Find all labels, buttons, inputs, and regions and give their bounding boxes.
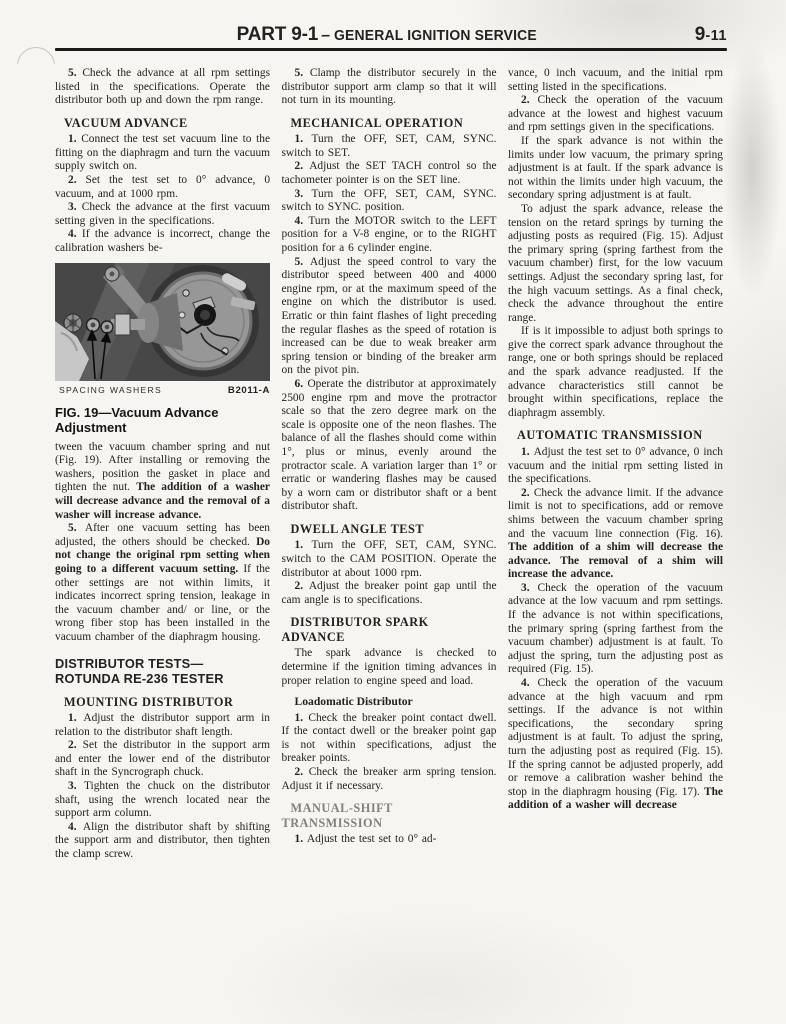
text-run: If the advance is incorrect, change the … — [55, 228, 270, 254]
bold-text-run: 2. — [295, 766, 309, 778]
paragraph: 3. Tighten the chuck on the distributor … — [55, 780, 270, 821]
bold-text-run: 1. — [68, 133, 81, 145]
bold-text-run: 3. — [295, 188, 312, 200]
distributor-photo-illustration — [55, 263, 270, 381]
text-run: Adjust the distributor support arm in re… — [55, 712, 270, 738]
text-run: Clamp the distributor securely in the di… — [282, 67, 497, 106]
text-run: Check the operation of the vacuum advanc… — [508, 677, 723, 798]
paragraph: vance, 0 inch vacuum, and the initial rp… — [508, 67, 723, 94]
section-heading: VACUUM ADVANCE — [55, 116, 270, 131]
text-run: Turn the MOTOR switch to the LEFT positi… — [282, 215, 497, 254]
page-number: 9-11 — [695, 24, 727, 46]
text-run: Check the operation of the vacuum advanc… — [508, 94, 723, 133]
section-heading: AUTOMATIC TRANSMISSION — [508, 428, 723, 443]
text-run: Check the operation of the vacuum advanc… — [508, 582, 723, 676]
bold-text-run: 4. — [295, 215, 309, 227]
figure-19-caption: FIG. 19—Vacuum Advance Adjustment — [55, 405, 270, 436]
bold-text-run: 3. — [521, 582, 538, 594]
paragraph: 1. Connect the test set vacuum line to t… — [55, 133, 270, 174]
paragraph: 2. Set the distributor in the support ar… — [55, 739, 270, 780]
text-run: Align the distributor shaft by shifting … — [55, 821, 270, 860]
paragraph: tween the vacuum chamber spring and nut … — [55, 441, 270, 523]
text-run: Adjust the test set to 0° advance, 0 inc… — [508, 446, 723, 485]
bold-text-run: 4. — [521, 677, 538, 689]
paragraph: 5. Clamp the distributor securely in the… — [282, 67, 497, 108]
paragraph: 1. Turn the OFF, SET, CAM, SYNC. switch … — [282, 539, 497, 580]
text-run: Tighten the chuck on the distributor sha… — [55, 780, 270, 819]
paragraph: 1. Turn the OFF, SET, CAM, SYNC. switch … — [282, 133, 497, 160]
text-run: Check the breaker point contact dwell. I… — [282, 712, 497, 765]
text-columns: 5. Check the advance at all rpm settings… — [55, 67, 723, 862]
bold-text-run: 2. — [521, 94, 538, 106]
bold-text-run: 1. — [295, 833, 307, 845]
text-run: If is it impossible to adjust both sprin… — [508, 325, 723, 419]
bold-text-run: 2. — [295, 580, 309, 592]
text-run: If the spark advance is not within the l… — [508, 135, 723, 201]
figure-19: SPACING WASHERS B2011-A FIG. 19—Vacuum A… — [55, 263, 270, 436]
paragraph: 1. Adjust the test set to 0° ad- — [282, 833, 497, 847]
page-number-major: 9 — [695, 24, 706, 46]
bold-text-run: 1. — [295, 539, 312, 551]
paragraph: 5. Adjust the speed control to vary the … — [282, 256, 497, 378]
bold-text-run: 2. — [68, 739, 83, 751]
paragraph: 1. Check the breaker point contact dwell… — [282, 712, 497, 766]
text-run: Set the distributor in the support arm a… — [55, 739, 270, 778]
bold-text-run: 5. — [68, 67, 82, 79]
text-run: Turn the OFF, SET, CAM, SYNC. switch to … — [282, 188, 497, 214]
text-run: Adjust the speed control to vary the dis… — [282, 256, 497, 377]
scan-arc-artifact — [17, 47, 55, 85]
paragraph: 2. Adjust the SET TACH control so the ta… — [282, 160, 497, 187]
bold-text-run: 1. — [68, 712, 83, 724]
paragraph: 5. Check the advance at all rpm settings… — [55, 67, 270, 108]
section-heading: MECHANICAL OPERATION — [282, 116, 497, 131]
paragraph: 4. Align the distributor shaft by shifti… — [55, 821, 270, 862]
section-heading: DISTRIBUTOR TESTS—ROTUNDA RE-236 TESTER — [55, 656, 270, 687]
paragraph: 4. If the advance is incorrect, change t… — [55, 228, 270, 255]
paragraph: 3. Turn the OFF, SET, CAM, SYNC. switch … — [282, 188, 497, 215]
paragraph: 1. Adjust the distributor support arm in… — [55, 712, 270, 739]
paragraph: 6. Operate the distributor at approximat… — [282, 378, 497, 514]
paragraph: 2. Check the breaker arm spring tension.… — [282, 766, 497, 793]
paragraph: 4. Turn the MOTOR switch to the LEFT pos… — [282, 215, 497, 256]
figure-callout-spacing-washers: SPACING WASHERS — [55, 385, 162, 395]
bold-text-run: 4. — [68, 228, 82, 240]
header-title: GENERAL IGNITION SERVICE — [334, 28, 537, 44]
section-heading: DWELL ANGLE TEST — [282, 522, 497, 537]
bold-text-run: 3. — [68, 780, 84, 792]
paragraph: 2. Adjust the breaker point gap until th… — [282, 580, 497, 607]
paragraph: 5. After one vacuum setting has been adj… — [55, 522, 270, 644]
text-run: Set the test set to 0° advance, 0 vacuum… — [55, 174, 270, 200]
column-center: 5. Clamp the distributor securely in the… — [282, 67, 497, 862]
page-header: PART 9-1 – GENERAL IGNITION SERVICE 9-11 — [55, 24, 727, 46]
text-run: Check the advance limit. If the advance … — [508, 487, 723, 540]
paragraph: If the spark advance is not within the l… — [508, 135, 723, 203]
subsection-heading: Loadomatic Distributor — [282, 695, 497, 709]
paragraph: If is it impossible to adjust both sprin… — [508, 325, 723, 420]
bold-text-run: 2. — [295, 160, 310, 172]
paragraph: 1. Adjust the test set to 0° advance, 0 … — [508, 446, 723, 487]
section-heading: MOUNTING DISTRIBUTOR — [55, 695, 270, 710]
figure-caption-line2: Adjustment — [55, 420, 127, 435]
text-run: Check the advance at all rpm settings li… — [55, 67, 270, 106]
page-number-minor: -11 — [705, 28, 727, 44]
column-left: 5. Check the advance at all rpm settings… — [55, 67, 270, 862]
paragraph: 3. Check the advance at the first vacuum… — [55, 201, 270, 228]
text-run: Check the advance at the first vacuum se… — [55, 201, 270, 227]
text-run: Turn the OFF, SET, CAM, SYNC. switch to … — [282, 539, 497, 578]
paragraph: 2. Set the test set to 0° advance, 0 vac… — [55, 174, 270, 201]
text-run: Connect the test set vacuum line to the … — [55, 133, 270, 172]
section-heading: DISTRIBUTOR SPARKADVANCE — [282, 615, 497, 644]
bold-text-run: 1. — [295, 712, 309, 724]
paragraph: To adjust the spark advance, release the… — [508, 203, 723, 325]
text-run: The spark advance is checked to determin… — [282, 647, 497, 686]
manual-page: PART 9-1 – GENERAL IGNITION SERVICE 9-11… — [0, 0, 786, 1024]
paragraph: 3. Check the operation of the vacuum adv… — [508, 582, 723, 677]
text-run: Check the breaker arm spring tension. Ad… — [282, 766, 497, 792]
text-run: Adjust the SET TACH control so the tacho… — [282, 160, 497, 186]
bold-text-run: 5. — [295, 256, 310, 268]
figure-caption-line1: FIG. 19—Vacuum Advance — [55, 405, 219, 420]
bold-text-run: 6. — [295, 378, 308, 390]
text-run: To adjust the spark advance, release the… — [508, 203, 723, 324]
bold-text-run: 2. — [521, 487, 534, 499]
bold-text-run: The addition of a shim will decrease the… — [508, 541, 723, 580]
bold-text-run: 2. — [68, 174, 86, 186]
bold-text-run: 5. — [295, 67, 310, 79]
text-run: Adjust the breaker point gap until the c… — [282, 580, 497, 606]
part-label: PART 9-1 — [237, 24, 318, 46]
figure-photo-id: B2011-A — [228, 385, 270, 396]
bold-text-run: 1. — [295, 133, 312, 145]
bold-text-run: 5. — [68, 522, 85, 534]
paragraph: The spark advance is checked to determin… — [282, 647, 497, 688]
header-rule — [55, 48, 727, 51]
text-run: Operate the distributor at approximately… — [282, 378, 497, 512]
header-separator: – — [321, 27, 330, 45]
section-heading: MANUAL-SHIFTTRANSMISSION — [282, 801, 497, 830]
text-run: vance, 0 inch vacuum, and the initial rp… — [508, 67, 723, 93]
column-right: vance, 0 inch vacuum, and the initial rp… — [508, 67, 723, 862]
bold-text-run: 4. — [68, 821, 83, 833]
bold-text-run: 3. — [68, 201, 82, 213]
paragraph: 2. Check the operation of the vacuum adv… — [508, 94, 723, 135]
paragraph: 2. Check the advance limit. If the advan… — [508, 487, 723, 582]
figure-photo-labels: SPACING WASHERS B2011-A — [55, 385, 270, 396]
text-run: After one vacuum setting has been adjust… — [55, 522, 270, 548]
text-run: Turn the OFF, SET, CAM, SYNC. switch to … — [282, 133, 497, 159]
text-run: Adjust the test set to 0° ad- — [307, 833, 437, 845]
figure-19-photo: SPACING WASHERS B2011-A — [55, 263, 270, 396]
bold-text-run: 1. — [521, 446, 534, 458]
paragraph: 4. Check the operation of the vacuum adv… — [508, 677, 723, 813]
